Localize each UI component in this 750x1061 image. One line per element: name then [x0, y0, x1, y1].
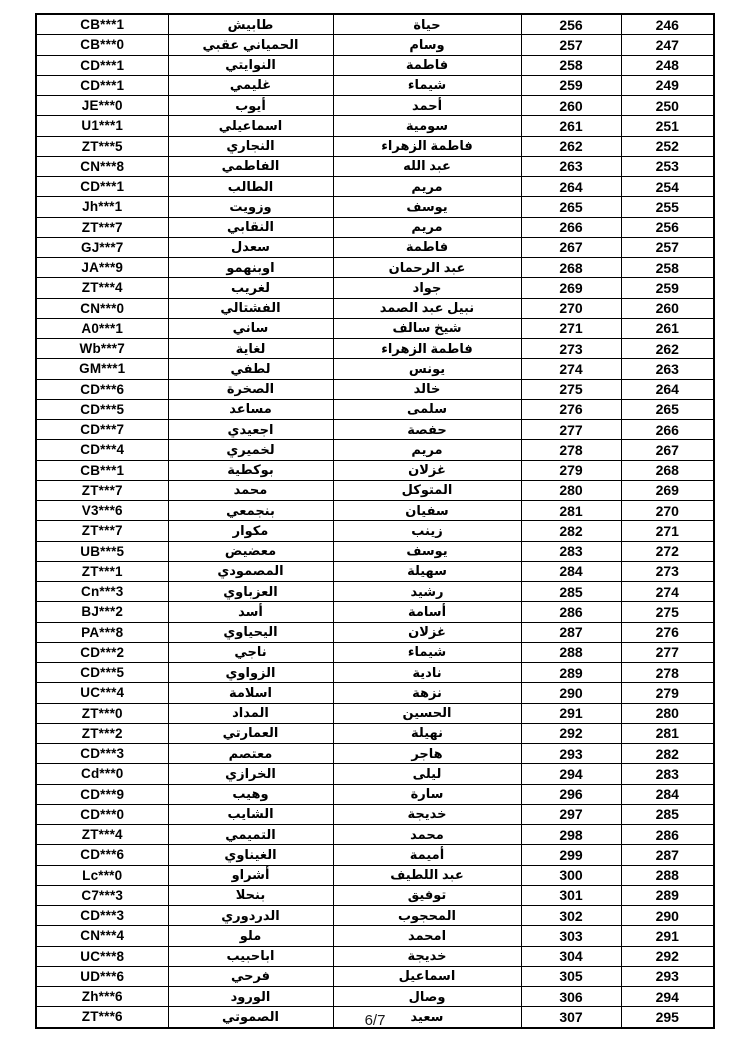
cell-masked-code: ZT***0: [36, 703, 168, 723]
cell-masked-code: CD***1: [36, 177, 168, 197]
cell-exam-number: 276: [521, 399, 621, 419]
cell-exam-number: 278: [521, 440, 621, 460]
table-row: CD***2 ناجي شيماء 288 277: [36, 642, 714, 662]
cell-first-name: عبد الرحمان: [333, 258, 521, 278]
table-row: ZT***2 العمارتي نهيلة 292 281: [36, 723, 714, 743]
cell-surname: الطالب: [168, 177, 333, 197]
cell-masked-code: GM***1: [36, 359, 168, 379]
cell-exam-number: 269: [521, 278, 621, 298]
cell-surname: لطفي: [168, 359, 333, 379]
cell-masked-code: CD***6: [36, 379, 168, 399]
cell-masked-code: CD***3: [36, 906, 168, 926]
cell-order-number: 275: [621, 602, 714, 622]
cell-masked-code: ZT***7: [36, 480, 168, 500]
cell-surname: وهيب: [168, 784, 333, 804]
cell-order-number: 283: [621, 764, 714, 784]
cell-exam-number: 291: [521, 703, 621, 723]
cell-first-name: غزلان: [333, 460, 521, 480]
cell-first-name: عبد الله: [333, 156, 521, 176]
cell-first-name: مريم: [333, 177, 521, 197]
cell-surname: اسلامة: [168, 683, 333, 703]
cell-first-name: نبيل عبد الصمد: [333, 298, 521, 318]
cell-surname: المداد: [168, 703, 333, 723]
cell-first-name: حفصة: [333, 420, 521, 440]
cell-exam-number: 289: [521, 663, 621, 683]
cell-masked-code: Wb***7: [36, 339, 168, 359]
cell-surname: بنحلا: [168, 885, 333, 905]
cell-order-number: 294: [621, 987, 714, 1007]
cell-masked-code: Lc***0: [36, 865, 168, 885]
cell-order-number: 247: [621, 35, 714, 55]
cell-order-number: 287: [621, 845, 714, 865]
table-row: UD***6 فرحي اسماعيل 305 293: [36, 966, 714, 986]
table-row: UB***5 معضيض يوسف 283 272: [36, 541, 714, 561]
cell-first-name: فاطمة الزهراء: [333, 136, 521, 156]
cell-first-name: سارة: [333, 784, 521, 804]
table-row: ZT***0 المداد الحسين 291 280: [36, 703, 714, 723]
cell-exam-number: 274: [521, 359, 621, 379]
cell-order-number: 258: [621, 258, 714, 278]
cell-order-number: 248: [621, 55, 714, 75]
cell-masked-code: Zh***6: [36, 987, 168, 1007]
cell-exam-number: 264: [521, 177, 621, 197]
cell-order-number: 249: [621, 75, 714, 95]
cell-exam-number: 301: [521, 885, 621, 905]
cell-exam-number: 271: [521, 318, 621, 338]
cell-first-name: رشيد: [333, 582, 521, 602]
cell-order-number: 263: [621, 359, 714, 379]
cell-order-number: 291: [621, 926, 714, 946]
cell-first-name: يونس: [333, 359, 521, 379]
page-number: 6/7: [0, 1012, 750, 1029]
table-row: CD***1 غليمي شيماء 259 249: [36, 75, 714, 95]
cell-first-name: فاطمة الزهراء: [333, 339, 521, 359]
cell-order-number: 267: [621, 440, 714, 460]
cell-surname: اباحبيب: [168, 946, 333, 966]
cell-exam-number: 261: [521, 116, 621, 136]
cell-surname: مساعد: [168, 399, 333, 419]
cell-order-number: 293: [621, 966, 714, 986]
table-row: CD***1 الطالب مريم 264 254: [36, 177, 714, 197]
table-row: Zh***6 الورود وصال 306 294: [36, 987, 714, 1007]
cell-order-number: 269: [621, 480, 714, 500]
cell-exam-number: 263: [521, 156, 621, 176]
cell-order-number: 274: [621, 582, 714, 602]
table-row: CD***4 لخميري مريم 278 267: [36, 440, 714, 460]
cell-surname: معضيض: [168, 541, 333, 561]
cell-surname: الفشتالي: [168, 298, 333, 318]
cell-masked-code: CD***2: [36, 642, 168, 662]
table-row: ZT***5 النجاري فاطمة الزهراء 262 252: [36, 136, 714, 156]
cell-exam-number: 302: [521, 906, 621, 926]
cell-exam-number: 265: [521, 197, 621, 217]
cell-exam-number: 287: [521, 622, 621, 642]
cell-order-number: 281: [621, 723, 714, 743]
cell-order-number: 289: [621, 885, 714, 905]
cell-exam-number: 268: [521, 258, 621, 278]
cell-exam-number: 259: [521, 75, 621, 95]
cell-surname: مكوار: [168, 521, 333, 541]
cell-exam-number: 260: [521, 96, 621, 116]
cell-surname: الورود: [168, 987, 333, 1007]
cell-masked-code: CD***1: [36, 75, 168, 95]
cell-masked-code: UD***6: [36, 966, 168, 986]
cell-first-name: الحسين: [333, 703, 521, 723]
cell-masked-code: CD***5: [36, 663, 168, 683]
cell-exam-number: 273: [521, 339, 621, 359]
cell-order-number: 246: [621, 14, 714, 35]
cell-exam-number: 283: [521, 541, 621, 561]
cell-masked-code: JE***0: [36, 96, 168, 116]
cell-surname: فرحي: [168, 966, 333, 986]
cell-first-name: شيماء: [333, 642, 521, 662]
cell-exam-number: 290: [521, 683, 621, 703]
table-row: Jh***1 وزويت يوسف 265 255: [36, 197, 714, 217]
table-row: UC***8 اباحبيب خديجة 304 292: [36, 946, 714, 966]
cell-first-name: خالد: [333, 379, 521, 399]
cell-order-number: 284: [621, 784, 714, 804]
cell-surname: اجعيدي: [168, 420, 333, 440]
cell-first-name: خديجة: [333, 946, 521, 966]
cell-surname: لغريب: [168, 278, 333, 298]
cell-first-name: هاجر: [333, 744, 521, 764]
cell-masked-code: V3***6: [36, 501, 168, 521]
cell-surname: لغاية: [168, 339, 333, 359]
cell-exam-number: 294: [521, 764, 621, 784]
cell-first-name: زينب: [333, 521, 521, 541]
cell-order-number: 250: [621, 96, 714, 116]
cell-surname: بنجمعي: [168, 501, 333, 521]
cell-order-number: 268: [621, 460, 714, 480]
table-row: Cn***3 العزباوي رشيد 285 274: [36, 582, 714, 602]
cell-exam-number: 300: [521, 865, 621, 885]
cell-first-name: توفيق: [333, 885, 521, 905]
table-row: A0***1 ساني شيخ سالف 271 261: [36, 318, 714, 338]
cell-first-name: شيخ سالف: [333, 318, 521, 338]
cell-exam-number: 270: [521, 298, 621, 318]
table-row: CD***9 وهيب سارة 296 284: [36, 784, 714, 804]
cell-surname: أشراو: [168, 865, 333, 885]
cell-exam-number: 258: [521, 55, 621, 75]
table-row: CD***1 النوايتي فاطمة 258 248: [36, 55, 714, 75]
cell-first-name: يوسف: [333, 541, 521, 561]
cell-first-name: سومية: [333, 116, 521, 136]
cell-surname: الحمياني عقبي: [168, 35, 333, 55]
cell-first-name: فاطمة: [333, 237, 521, 257]
table-row: PA***8 اليحياوي غزلان 287 276: [36, 622, 714, 642]
table-row: CD***3 معتصم هاجر 293 282: [36, 744, 714, 764]
cell-masked-code: CD***0: [36, 804, 168, 824]
cell-exam-number: 277: [521, 420, 621, 440]
document-page: CB***1 طابيش حياة 256 246 CB***0 الحميان…: [0, 0, 750, 1061]
cell-order-number: 254: [621, 177, 714, 197]
cell-exam-number: 256: [521, 14, 621, 35]
cell-exam-number: 280: [521, 480, 621, 500]
table-row: CD***6 الصخرة خالد 275 264: [36, 379, 714, 399]
cell-first-name: مريم: [333, 440, 521, 460]
cell-masked-code: U1***1: [36, 116, 168, 136]
cell-masked-code: CD***5: [36, 399, 168, 419]
cell-first-name: خديجة: [333, 804, 521, 824]
cell-order-number: 260: [621, 298, 714, 318]
cell-exam-number: 279: [521, 460, 621, 480]
cell-surname: الخرازي: [168, 764, 333, 784]
cell-exam-number: 257: [521, 35, 621, 55]
cell-exam-number: 266: [521, 217, 621, 237]
cell-masked-code: Cd***0: [36, 764, 168, 784]
cell-masked-code: CN***0: [36, 298, 168, 318]
cell-surname: الزواوي: [168, 663, 333, 683]
cell-first-name: سفيان: [333, 501, 521, 521]
cell-masked-code: ZT***4: [36, 825, 168, 845]
cell-first-name: محمد: [333, 825, 521, 845]
cell-order-number: 261: [621, 318, 714, 338]
cell-first-name: أسامة: [333, 602, 521, 622]
table-row: Wb***7 لغاية فاطمة الزهراء 273 262: [36, 339, 714, 359]
table-row: CD***5 مساعد سلمى 276 265: [36, 399, 714, 419]
table-row: CD***5 الزواوي نادية 289 278: [36, 663, 714, 683]
cell-order-number: 264: [621, 379, 714, 399]
cell-surname: أسد: [168, 602, 333, 622]
cell-order-number: 251: [621, 116, 714, 136]
cell-surname: النوايتي: [168, 55, 333, 75]
cell-masked-code: CB***0: [36, 35, 168, 55]
cell-order-number: 286: [621, 825, 714, 845]
cell-first-name: ليلى: [333, 764, 521, 784]
cell-order-number: 270: [621, 501, 714, 521]
cell-surname: التميمي: [168, 825, 333, 845]
table-row: ZT***4 لغريب جواد 269 259: [36, 278, 714, 298]
cell-masked-code: UC***8: [36, 946, 168, 966]
table-row: C7***3 بنحلا توفيق 301 289: [36, 885, 714, 905]
cell-exam-number: 282: [521, 521, 621, 541]
cell-order-number: 280: [621, 703, 714, 723]
cell-exam-number: 296: [521, 784, 621, 804]
cell-exam-number: 275: [521, 379, 621, 399]
cell-exam-number: 262: [521, 136, 621, 156]
cell-order-number: 271: [621, 521, 714, 541]
cell-order-number: 292: [621, 946, 714, 966]
cell-masked-code: ZT***5: [36, 136, 168, 156]
cell-masked-code: ZT***7: [36, 217, 168, 237]
cell-order-number: 277: [621, 642, 714, 662]
table-row: GM***1 لطفي يونس 274 263: [36, 359, 714, 379]
cell-exam-number: 293: [521, 744, 621, 764]
cell-masked-code: CB***1: [36, 460, 168, 480]
cell-masked-code: CD***9: [36, 784, 168, 804]
table-row: UC***4 اسلامة نزهة 290 279: [36, 683, 714, 703]
cell-masked-code: PA***8: [36, 622, 168, 642]
cell-exam-number: 297: [521, 804, 621, 824]
table-row: CB***1 بوكطية غزلان 279 268: [36, 460, 714, 480]
table-row: CD***7 اجعيدي حفصة 277 266: [36, 420, 714, 440]
cell-surname: أيوب: [168, 96, 333, 116]
cell-surname: بوكطية: [168, 460, 333, 480]
cell-order-number: 256: [621, 217, 714, 237]
cell-surname: اليحياوي: [168, 622, 333, 642]
cell-order-number: 272: [621, 541, 714, 561]
cell-masked-code: GJ***7: [36, 237, 168, 257]
cell-surname: المصمودي: [168, 561, 333, 581]
cell-masked-code: ZT***4: [36, 278, 168, 298]
cell-masked-code: ZT***1: [36, 561, 168, 581]
table-row: CB***1 طابيش حياة 256 246: [36, 14, 714, 35]
table-row: CD***0 الشايب خديجة 297 285: [36, 804, 714, 824]
cell-surname: العمارتي: [168, 723, 333, 743]
table-row: CN***8 الفاطمي عبد الله 263 253: [36, 156, 714, 176]
table-row: ZT***4 التميمي محمد 298 286: [36, 825, 714, 845]
cell-order-number: 257: [621, 237, 714, 257]
cell-surname: الشايب: [168, 804, 333, 824]
cell-surname: الدردوري: [168, 906, 333, 926]
cell-first-name: نزهة: [333, 683, 521, 703]
table-row: Lc***0 أشراو عبد اللطيف 300 288: [36, 865, 714, 885]
cell-order-number: 278: [621, 663, 714, 683]
cell-order-number: 282: [621, 744, 714, 764]
cell-surname: طابيش: [168, 14, 333, 35]
cell-masked-code: UC***4: [36, 683, 168, 703]
cell-exam-number: 299: [521, 845, 621, 865]
cell-order-number: 253: [621, 156, 714, 176]
cell-surname: العزباوي: [168, 582, 333, 602]
cell-surname: النقابي: [168, 217, 333, 237]
cell-masked-code: ZT***2: [36, 723, 168, 743]
cell-order-number: 266: [621, 420, 714, 440]
candidates-table: CB***1 طابيش حياة 256 246 CB***0 الحميان…: [35, 13, 715, 1029]
cell-exam-number: 285: [521, 582, 621, 602]
cell-surname: ساني: [168, 318, 333, 338]
cell-first-name: أميمة: [333, 845, 521, 865]
cell-order-number: 288: [621, 865, 714, 885]
cell-surname: محمد: [168, 480, 333, 500]
table-row: CN***0 الفشتالي نبيل عبد الصمد 270 260: [36, 298, 714, 318]
cell-surname: اوبنهمو: [168, 258, 333, 278]
cell-first-name: نهيلة: [333, 723, 521, 743]
cell-exam-number: 281: [521, 501, 621, 521]
cell-first-name: المتوكل: [333, 480, 521, 500]
cell-surname: سعدل: [168, 237, 333, 257]
cell-first-name: حياة: [333, 14, 521, 35]
cell-exam-number: 303: [521, 926, 621, 946]
table-row: CD***6 الغيناوي أميمة 299 287: [36, 845, 714, 865]
cell-surname: ملو: [168, 926, 333, 946]
cell-first-name: مريم: [333, 217, 521, 237]
cell-first-name: غزلان: [333, 622, 521, 642]
cell-first-name: يوسف: [333, 197, 521, 217]
cell-masked-code: CD***6: [36, 845, 168, 865]
cell-surname: ناجي: [168, 642, 333, 662]
cell-order-number: 285: [621, 804, 714, 824]
cell-first-name: وسام: [333, 35, 521, 55]
cell-order-number: 279: [621, 683, 714, 703]
cell-first-name: امحمد: [333, 926, 521, 946]
table-row: JE***0 أيوب أحمد 260 250: [36, 96, 714, 116]
cell-masked-code: A0***1: [36, 318, 168, 338]
cell-masked-code: CN***8: [36, 156, 168, 176]
cell-surname: الغيناوي: [168, 845, 333, 865]
cell-order-number: 255: [621, 197, 714, 217]
cell-first-name: المحجوب: [333, 906, 521, 926]
cell-first-name: وصال: [333, 987, 521, 1007]
cell-exam-number: 306: [521, 987, 621, 1007]
cell-masked-code: Cn***3: [36, 582, 168, 602]
cell-first-name: جواد: [333, 278, 521, 298]
cell-masked-code: CD***4: [36, 440, 168, 460]
table-row: ZT***7 محمد المتوكل 280 269: [36, 480, 714, 500]
cell-first-name: فاطمة: [333, 55, 521, 75]
table-row: CN***4 ملو امحمد 303 291: [36, 926, 714, 946]
table-row: ZT***7 مكوار زينب 282 271: [36, 521, 714, 541]
cell-surname: النجاري: [168, 136, 333, 156]
cell-first-name: سلمى: [333, 399, 521, 419]
table-row: CB***0 الحمياني عقبي وسام 257 247: [36, 35, 714, 55]
cell-surname: غليمي: [168, 75, 333, 95]
cell-order-number: 265: [621, 399, 714, 419]
cell-first-name: نادية: [333, 663, 521, 683]
cell-order-number: 273: [621, 561, 714, 581]
cell-exam-number: 286: [521, 602, 621, 622]
cell-surname: الفاطمي: [168, 156, 333, 176]
cell-order-number: 259: [621, 278, 714, 298]
cell-first-name: أحمد: [333, 96, 521, 116]
cell-order-number: 276: [621, 622, 714, 642]
cell-surname: لخميري: [168, 440, 333, 460]
cell-exam-number: 292: [521, 723, 621, 743]
cell-masked-code: ZT***7: [36, 521, 168, 541]
cell-surname: اسماعيلي: [168, 116, 333, 136]
cell-masked-code: CB***1: [36, 14, 168, 35]
table-row: BJ***2 أسد أسامة 286 275: [36, 602, 714, 622]
table-body: CB***1 طابيش حياة 256 246 CB***0 الحميان…: [36, 14, 714, 1028]
table-row: ZT***7 النقابي مريم 266 256: [36, 217, 714, 237]
cell-surname: معتصم: [168, 744, 333, 764]
cell-masked-code: CD***7: [36, 420, 168, 440]
cell-exam-number: 298: [521, 825, 621, 845]
table-row: V3***6 بنجمعي سفيان 281 270: [36, 501, 714, 521]
table-row: JA***9 اوبنهمو عبد الرحمان 268 258: [36, 258, 714, 278]
table-row: ZT***1 المصمودي سهيلة 284 273: [36, 561, 714, 581]
table-row: Cd***0 الخرازي ليلى 294 283: [36, 764, 714, 784]
cell-exam-number: 288: [521, 642, 621, 662]
cell-masked-code: JA***9: [36, 258, 168, 278]
cell-first-name: سهيلة: [333, 561, 521, 581]
table-row: CD***3 الدردوري المحجوب 302 290: [36, 906, 714, 926]
cell-masked-code: BJ***2: [36, 602, 168, 622]
cell-surname: الصخرة: [168, 379, 333, 399]
cell-order-number: 252: [621, 136, 714, 156]
cell-exam-number: 284: [521, 561, 621, 581]
cell-exam-number: 305: [521, 966, 621, 986]
cell-masked-code: Jh***1: [36, 197, 168, 217]
cell-masked-code: CN***4: [36, 926, 168, 946]
cell-first-name: اسماعيل: [333, 966, 521, 986]
cell-masked-code: CD***1: [36, 55, 168, 75]
cell-masked-code: UB***5: [36, 541, 168, 561]
cell-surname: وزويت: [168, 197, 333, 217]
table-row: U1***1 اسماعيلي سومية 261 251: [36, 116, 714, 136]
cell-exam-number: 304: [521, 946, 621, 966]
cell-first-name: شيماء: [333, 75, 521, 95]
cell-exam-number: 267: [521, 237, 621, 257]
cell-order-number: 262: [621, 339, 714, 359]
cell-masked-code: C7***3: [36, 885, 168, 905]
table-row: GJ***7 سعدل فاطمة 267 257: [36, 237, 714, 257]
cell-masked-code: CD***3: [36, 744, 168, 764]
cell-order-number: 290: [621, 906, 714, 926]
cell-first-name: عبد اللطيف: [333, 865, 521, 885]
